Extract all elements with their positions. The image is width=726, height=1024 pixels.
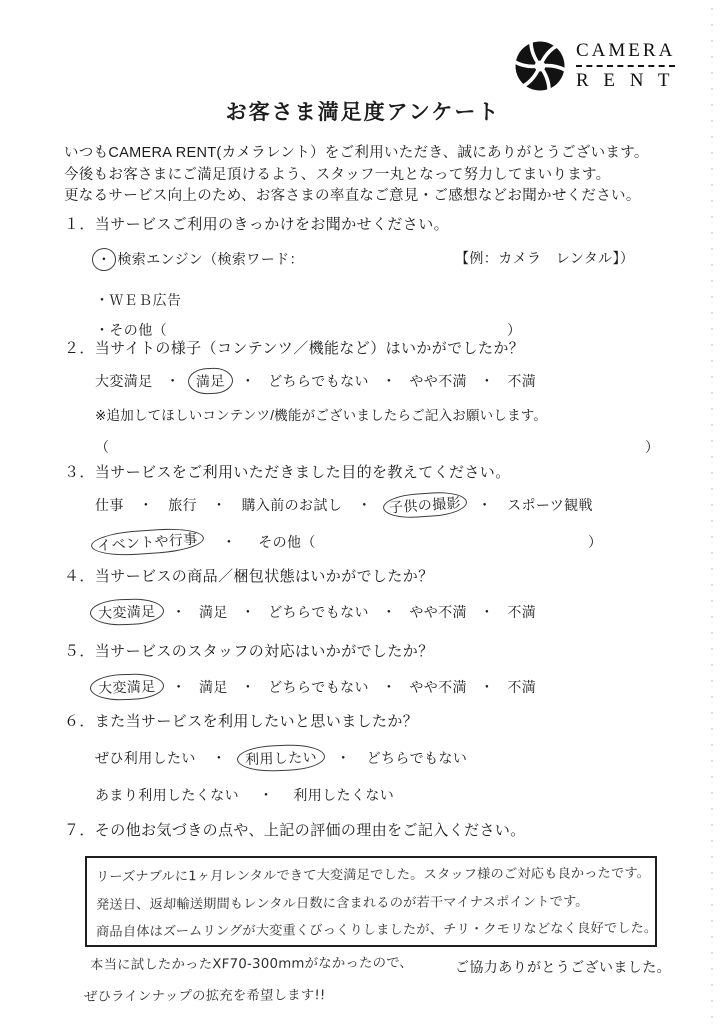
question-1-heading: １．当サービスご利用のきっかけをお聞かせください。 <box>64 213 696 234</box>
q3-option-work: 仕事 <box>95 495 124 515</box>
option-separator: ・ <box>212 748 226 768</box>
q3-option-sports-viewing: スポーツ観戦 <box>507 495 593 515</box>
question-3: ３．当サービスをご利用いただきました目的を教えてください。 仕事 ・ 旅行 ・ … <box>64 461 696 552</box>
q2-option-very-satisfied: 大変満足 <box>95 371 153 391</box>
q2-options: 大変満足 ・ 満足 ・ どちらでもない ・ やや不満 ・ 不満 <box>95 371 696 391</box>
option-separator: ・ <box>172 602 186 622</box>
q6-option-rather-not-use: あまり利用したくない <box>95 785 239 805</box>
q2-free-entry-field: （ ） <box>95 437 696 457</box>
q6-options-row2: あまり利用したくない ・ 利用したくない <box>95 785 696 805</box>
q1-option-search-engine: ・検索エンジン（検索ワード： 【例：カメラ レンタル】） <box>95 248 696 271</box>
survey-scan-page: CAMERA R E N T お客さま満足度アンケート いつもCAMERA RE… <box>0 0 726 1024</box>
option-separator: ・ <box>478 495 492 515</box>
q4-option-dissatisfied: 不満 <box>507 602 536 622</box>
q4-option-very-satisfied-selected: 大変満足 <box>90 598 164 627</box>
q5-option-satisfied: 満足 <box>199 677 228 697</box>
question-6: ６．また当サービスを利用したいと思いましたか？ ぜひ利用したい ・ 利用したい … <box>64 710 696 805</box>
q4-option-satisfied: 満足 <box>199 602 228 622</box>
q3-option-travel: 旅行 <box>168 495 197 515</box>
q5-options: 大変満足 ・ 満足 ・ どちらでもない ・ やや不満 ・ 不満 <box>95 677 696 697</box>
printed-thanks-text: ご協力ありがとうございました。 <box>455 957 671 977</box>
q6-option-definitely-use-again: ぜひ利用したい <box>95 748 196 768</box>
page-title: お客さま満足度アンケート <box>0 96 726 126</box>
option-separator: ・ <box>172 677 186 697</box>
question-5-heading: ５．当サービスのスタッフの対応はいかがでしたか？ <box>64 640 696 661</box>
q2-option-neutral: どちらでもない <box>268 371 369 391</box>
q6-option-want-to-use-selected: 利用したい <box>237 743 326 772</box>
q2-option-somewhat-dissatisfied: やや不満 <box>409 371 467 391</box>
open-paren: （ <box>95 439 109 455</box>
handwritten-footer-note-line1: 本当に試したかったXF70-300mmがなかったので、 <box>90 952 414 973</box>
option-label: ・その他（ <box>95 322 167 338</box>
handwritten-comment-line: 発送日、返却輸送期間もレンタル日数に含まれるのが若干マイナスポイントです。 <box>96 888 647 919</box>
option-separator: ・ <box>480 602 494 622</box>
question-3-heading: ３．当サービスをご利用いただきました目的を教えてください。 <box>64 461 696 482</box>
question-4-heading: ４．当サービスの商品／梱包状態はいかがでしたか？ <box>64 565 696 586</box>
q5-option-somewhat-dissatisfied: やや不満 <box>409 677 467 697</box>
option-separator: ・ <box>259 785 273 805</box>
option-separator: ・ <box>336 748 350 768</box>
question-5: ５．当サービスのスタッフの対応はいかがでしたか？ 大変満足 ・ 満足 ・ どちら… <box>64 640 696 697</box>
question-2: ２．当サイトの様子（コンテンツ／機能など）はいかがでしたか？ 大変満足 ・ 満足… <box>64 337 696 457</box>
q5-option-very-satisfied-selected: 大変満足 <box>90 673 164 702</box>
logo-text: CAMERA R E N T <box>576 40 675 92</box>
q3-options-row1: 仕事 ・ 旅行 ・ 購入前のお試し ・ 子供の撮影 ・ スポーツ観戦 <box>95 495 696 515</box>
q4-options: 大変満足 ・ 満足 ・ どちらでもない ・ やや不満 ・ 不満 <box>95 602 696 622</box>
q3-option-trial-before-purchase: 購入前のお試し <box>241 495 342 515</box>
handwritten-footer-note-line2: ぜひラインナップの拡充を希望します!! <box>84 984 326 1005</box>
option-separator: ・ <box>382 602 396 622</box>
q3-option-events-selected: イベントや行事 <box>90 526 204 558</box>
q6-option-do-not-want-to-use: 利用したくない <box>293 785 394 805</box>
option-separator: ・ <box>357 495 371 515</box>
q2-note: ※追加してほしいコンテンツ/機能がございましたらご記入お願いします。 <box>95 404 696 424</box>
scan-artifact-line <box>711 8 713 1024</box>
q4-option-somewhat-dissatisfied: やや不満 <box>409 602 467 622</box>
option-separator: ・ <box>480 371 494 391</box>
handwritten-comment-line: リーズナブルに1ヶ月レンタルできて大変満足でした。スタッフ様のご対応も良かったで… <box>96 860 647 891</box>
close-paren: ） <box>645 437 659 457</box>
option-separator: ・ <box>212 495 226 515</box>
q5-option-neutral: どちらでもない <box>268 677 369 697</box>
option-separator: ・ <box>382 677 396 697</box>
aperture-icon <box>512 38 568 94</box>
intro-line: 更なるサービス向上のため、お客さまの率直なご意見・ご感想などお聞かせください。 <box>64 186 690 208</box>
option-separator: ・ <box>166 371 180 391</box>
q1-option-web-ad: ・ＷＥＢ広告 <box>95 290 696 310</box>
intro-line: いつもCAMERA RENT(カメラレント）をご利用いただき、誠にありがとうござ… <box>64 143 690 165</box>
q1-search-word-example: 【例：カメラ レンタル】） <box>455 248 634 268</box>
option-separator: ・ <box>241 677 255 697</box>
intro-line: 今後もお客さまにご満足頂けるよう、スタッフ一丸となって努力してまいります。 <box>64 165 690 187</box>
question-4: ４．当サービスの商品／梱包状態はいかがでしたか？ 大変満足 ・ 満足 ・ どちら… <box>64 565 696 622</box>
q2-option-dissatisfied: 不満 <box>507 371 536 391</box>
q6-option-neutral: どちらでもない <box>367 748 468 768</box>
handwritten-comment-line: 商品自体はズームリングが大変重くびっくりしましたが、チリ・クモリなどなく良好でし… <box>96 915 647 946</box>
close-paren: ） <box>588 532 602 552</box>
q3-option-photographing-children-selected: 子供の撮影 <box>382 490 467 520</box>
q5-option-dissatisfied: 不満 <box>507 677 536 697</box>
question-7-heading: ７．その他お気づきの点や、上記の評価の理由をご記入ください。 <box>64 819 696 840</box>
question-6-heading: ６．また当サービスを利用したいと思いましたか？ <box>64 710 696 731</box>
q2-option-satisfied-selected: 満足 <box>188 367 234 395</box>
q4-option-neutral: どちらでもない <box>268 602 369 622</box>
option-separator: ・ <box>480 677 494 697</box>
option-separator: ・ <box>241 602 255 622</box>
logo-text-rent: R E N T <box>576 67 675 92</box>
question-7: ７．その他お気づきの点や、上記の評価の理由をご記入ください。 <box>64 819 696 840</box>
q6-options-row1: ぜひ利用したい ・ 利用したい ・ どちらでもない <box>95 748 696 768</box>
handwritten-circle-mark: ・ <box>91 247 118 272</box>
logo-text-camera: CAMERA <box>576 40 675 67</box>
option-separator: ・ <box>382 371 396 391</box>
question-1: １．当サービスご利用のきっかけをお聞かせください。 ・検索エンジン（検索ワード：… <box>64 213 696 340</box>
q3-options-row2: イベントや行事 ・ その他（ ） <box>95 532 696 552</box>
option-label: 検索エンジン（検索ワード： <box>117 251 304 267</box>
option-separator: ・ <box>222 532 236 552</box>
camera-rent-logo: CAMERA R E N T <box>512 38 675 94</box>
question-2-heading: ２．当サイトの様子（コンテンツ／機能など）はいかがでしたか？ <box>64 337 696 358</box>
option-separator: ・ <box>139 495 153 515</box>
intro-paragraph: いつもCAMERA RENT(カメラレント）をご利用いただき、誠にありがとうござ… <box>64 143 690 208</box>
q3-option-other: その他（ <box>258 532 316 552</box>
option-separator: ・ <box>241 371 255 391</box>
q7-answer-box: リーズナブルに1ヶ月レンタルできて大変満足でした。スタッフ様のご対応も良かったで… <box>85 856 657 947</box>
